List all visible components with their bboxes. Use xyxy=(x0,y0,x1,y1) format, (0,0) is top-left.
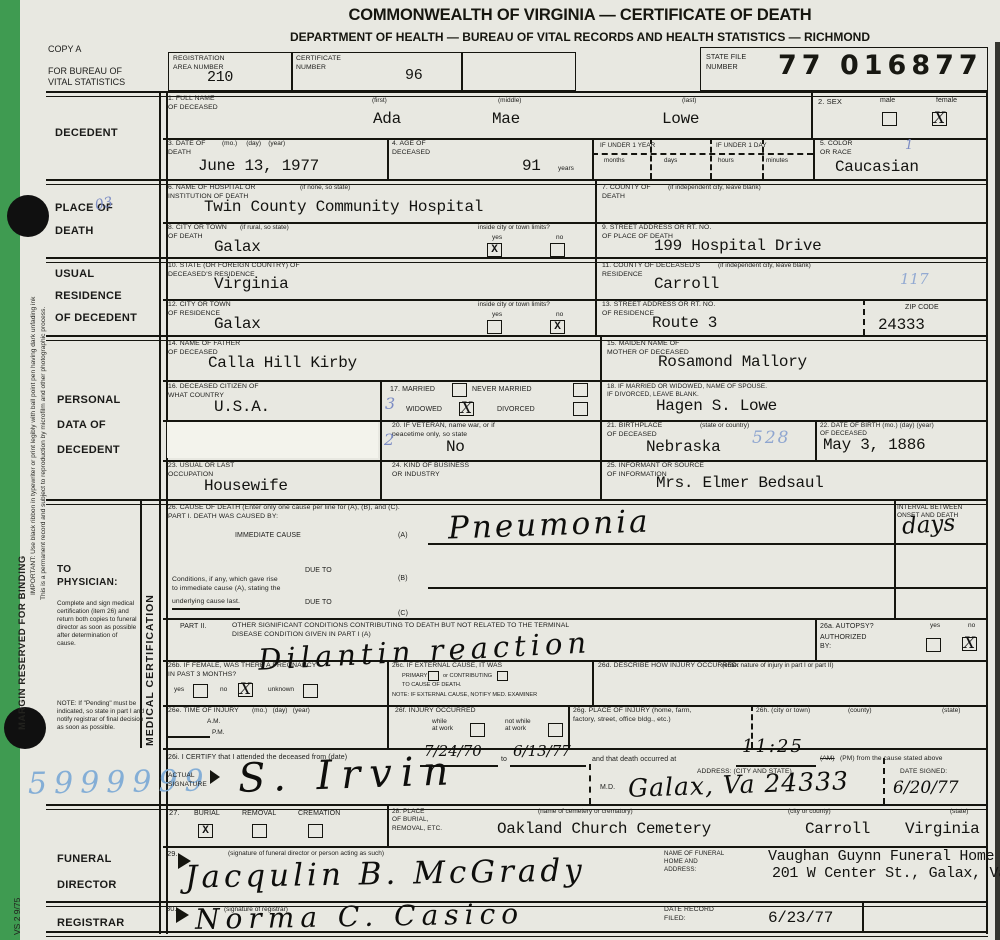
citizen-value: U.S.A. xyxy=(214,398,270,416)
attended-to-date: 6/13/77 xyxy=(513,742,571,760)
female-checkbox: X xyxy=(932,112,947,126)
margin-binding-text: MARGIN RESERVED FOR BINDING xyxy=(17,300,28,730)
line xyxy=(595,181,597,257)
residence-state-value: Virginia xyxy=(214,275,288,293)
funeral-director-signature: Jacqulin B. McGrady xyxy=(185,853,586,896)
scan-edge-shadow xyxy=(995,42,1000,940)
funeral-home-name: Vaughan Guynn Funeral Home xyxy=(768,848,994,865)
autopsy-no-checkbox: X xyxy=(962,637,977,651)
race-code-annotation: 1 xyxy=(905,138,913,153)
section-physician: TO PHYSICIAN: xyxy=(57,563,118,589)
age-label: 4. AGE OF DECEASED xyxy=(392,140,430,158)
first-name-value: Ada xyxy=(373,110,401,128)
residence-county-value: Carroll xyxy=(654,275,719,293)
form-number: VS 2 9/75 xyxy=(12,845,22,935)
never-married-label: NEVER MARRIED xyxy=(472,385,532,394)
burial-state-value: Virginia xyxy=(905,820,979,838)
line xyxy=(595,259,597,335)
death-limits-yes-label: yes xyxy=(492,234,502,241)
business-label: 24. KIND OF BUSINESS OR INDUSTRY xyxy=(392,462,469,480)
middle-hint: (middle) xyxy=(498,97,521,104)
hospital-value: Twin County Community Hospital xyxy=(204,198,483,216)
cemetery-value: Oakland Church Cemetery xyxy=(497,820,711,838)
residence-limits-no-label: no xyxy=(556,311,563,318)
disposition-number: 27. xyxy=(169,808,180,818)
pregnancy-label: 26b. IF FEMALE, WAS THERE A PREGNANCY IN… xyxy=(168,662,316,680)
death-limits-yes-checkbox: X xyxy=(487,243,502,257)
section-registrar: REGISTRAR xyxy=(57,912,124,935)
sex-label: 2. SEX xyxy=(818,97,842,107)
line xyxy=(600,337,602,499)
not-while-at-work-label: not while at work xyxy=(505,718,531,732)
county-of-death-label: 7. COUNTY OF DEATH xyxy=(602,184,651,202)
line xyxy=(815,618,817,660)
female-label: female xyxy=(936,97,957,104)
line xyxy=(592,138,594,179)
death-street-value: 199 Hospital Drive xyxy=(654,237,821,255)
pregnancy-no-label: no xyxy=(220,686,227,693)
certificate-number-value: 96 xyxy=(405,67,422,84)
state-file-value: 77 016877 xyxy=(778,50,983,81)
time-of-injury-label: 26e. TIME OF INJURY xyxy=(168,707,239,716)
contributing-checkbox xyxy=(497,671,508,681)
due-to-1-label: DUE TO xyxy=(305,566,332,575)
race-label: 5. COLOR OR RACE xyxy=(820,140,853,158)
part2-label: PART II. xyxy=(180,622,206,631)
occupation-value: Housewife xyxy=(204,477,288,495)
autopsy-label: 26a. AUTOPSY? xyxy=(820,622,874,631)
line xyxy=(163,748,988,750)
pregnancy-unknown-checkbox xyxy=(303,684,318,698)
date-filed-label: DATE RECORD FILED: xyxy=(664,906,714,924)
widowed-checkbox: X xyxy=(459,402,474,416)
certificate-subtitle: DEPARTMENT OF HEALTH — BUREAU OF VITAL R… xyxy=(170,30,990,44)
while-at-work-checkbox xyxy=(470,723,485,737)
signature-arrow-icon xyxy=(210,770,220,784)
line xyxy=(736,765,816,767)
line xyxy=(815,420,817,460)
under-year-label: IF UNDER 1 YEAR xyxy=(600,142,655,150)
race-value: Caucasian xyxy=(835,158,919,176)
section-funeral-director: FUNERAL DIRECTOR xyxy=(57,846,117,898)
form-left-rule xyxy=(159,91,168,934)
married-checkbox xyxy=(452,383,467,397)
death-limits-no-label: no xyxy=(556,234,563,241)
injury-county-hint: (county) xyxy=(848,707,871,714)
death-certificate-scan: MARGIN RESERVED FOR BINDING IMPORTANT: U… xyxy=(0,0,1000,940)
removal-checkbox xyxy=(252,824,267,838)
residence-limits-question: inside city or town limits? xyxy=(478,301,550,308)
informant-value: Mrs. Elmer Bedsaul xyxy=(656,474,823,492)
mother-value: Rosamond Mallory xyxy=(658,353,807,371)
burial-city-hint: (city or county) xyxy=(788,808,831,815)
city-of-death-hint: (if rural, so state) xyxy=(240,224,289,231)
while-at-work-label: while at work xyxy=(432,718,453,732)
cause-a-line xyxy=(428,543,986,545)
conditions-note: Conditions, if any, which gave rise to i… xyxy=(172,576,281,594)
county-of-death-hint: (if independent city, leave blank) xyxy=(668,184,761,191)
days-label: days xyxy=(664,157,677,164)
line xyxy=(811,93,813,138)
physician-signature: S. Irvin xyxy=(237,748,458,802)
veteran-value: No xyxy=(446,438,465,456)
burial-county-value: Carroll xyxy=(805,820,870,838)
cause-b-line xyxy=(428,587,986,589)
cause-a-value: Pneumonia xyxy=(447,503,651,546)
residence-limits-yes-checkbox xyxy=(487,320,502,334)
line xyxy=(883,758,885,804)
autopsy-yes-checkbox xyxy=(926,638,941,652)
never-married-checkbox xyxy=(573,383,588,397)
certificate-title: COMMONWEALTH OF VIRGINIA — CERTIFICATE O… xyxy=(170,6,990,25)
under-day-label: IF UNDER 1 DAY xyxy=(716,142,767,150)
residence-county-hint: (if independent city, leave blank) xyxy=(718,262,811,269)
burial-checkbox: X xyxy=(198,824,213,838)
rule xyxy=(46,931,988,937)
cause-a-prefix: (A) xyxy=(398,531,408,540)
zip-value: 24333 xyxy=(878,316,925,334)
margin-permanent-text: This is a permanent record and subject t… xyxy=(40,120,47,600)
physician-address-value: Galax, Va 24333 xyxy=(628,766,850,803)
certify-text-2: and that death occurred at xyxy=(592,755,676,764)
funeral-home-label: NAME OF FUNERAL HOME AND ADDRESS: xyxy=(664,850,724,875)
line xyxy=(163,380,988,382)
birthplace-hint: (state or country) xyxy=(700,422,749,429)
burial-state-hint: (state) xyxy=(950,808,968,815)
to-cause-label: TO CAUSE OF DEATH. xyxy=(402,682,461,688)
birthplace-value: Nebraska xyxy=(646,438,720,456)
pm-line xyxy=(168,736,210,738)
blank-box xyxy=(461,52,576,91)
residence-city-value: Galax xyxy=(214,315,261,333)
marital-code-annotation: 3 xyxy=(385,394,395,413)
line xyxy=(710,138,712,179)
birth-date-value: May 3, 1886 xyxy=(823,436,925,454)
age-value: 91 xyxy=(522,157,541,175)
primary-checkbox xyxy=(428,671,439,681)
contributing-label: or CONTRIBUTING xyxy=(443,673,492,679)
certify-text-3: (PM) from the cause stated above xyxy=(840,755,943,764)
line xyxy=(894,501,896,618)
funeral-home-address: 201 W Center St., Galax, Va. xyxy=(772,865,1000,882)
cause-c-prefix: (C) xyxy=(398,609,408,618)
primary-label: PRIMARY xyxy=(402,673,427,679)
line xyxy=(589,764,591,804)
section-residence: USUAL RESIDENCE OF DECEDENT xyxy=(55,263,137,329)
veteran-code-annotation: 2 xyxy=(384,430,394,449)
date-signed-label: DATE SIGNED: xyxy=(900,768,947,777)
line xyxy=(163,460,988,462)
autopsy-no-label: no xyxy=(968,622,975,629)
zip-label: ZIP CODE xyxy=(905,303,939,312)
city-of-death-value: Galax xyxy=(214,238,261,256)
cremation-label: CREMATION xyxy=(298,809,340,818)
external-cause-label: 26c. IF EXTERNAL CAUSE, IT WAS xyxy=(392,662,502,671)
cemetery-hint: (name of cemetery or crematory) xyxy=(538,808,633,815)
external-cause-note: NOTE: IF EXTERNAL CAUSE, NOTIFY MED. EXA… xyxy=(392,692,537,698)
pending-note: NOTE: If "Pending" must be indicated, so… xyxy=(57,700,145,732)
section-personal: PERSONAL DATA OF DECEDENT xyxy=(57,388,121,463)
copy-label: COPY A xyxy=(48,44,81,54)
burial-label: BURIAL xyxy=(194,809,220,818)
county-code-annotation: 117 xyxy=(900,270,929,288)
minutes-label: minutes xyxy=(766,157,788,164)
residence-limits-no-checkbox: X xyxy=(550,320,565,334)
describe-injury-hint: (enter nature of injury in part I or par… xyxy=(722,662,834,669)
registrar-arrow-icon xyxy=(176,907,189,923)
due-to-2-label: DUE TO xyxy=(305,598,332,607)
date-of-death-label: 3. DATE OF DEATH xyxy=(168,140,206,158)
cause-b-prefix: (B) xyxy=(398,574,408,583)
injury-state-hint: (state) xyxy=(942,707,960,714)
describe-injury-label: 26d. DESCRIBE HOW INJURY OCCURRED. xyxy=(598,662,739,671)
residence-street-value: Route 3 xyxy=(652,314,717,332)
line xyxy=(592,153,813,155)
am-strike-label: (AM) xyxy=(820,755,835,764)
pregnancy-yes-label: yes xyxy=(174,686,184,693)
pm-label: P.M. xyxy=(212,729,225,736)
margin-important-text: IMPORTANT: Use black ribbon in typewrite… xyxy=(30,95,37,595)
line xyxy=(592,660,594,705)
certify-to: to xyxy=(501,755,507,764)
full-name-label: 1. FULL NAME OF DECEASED xyxy=(168,95,218,113)
years-label: years xyxy=(558,165,574,172)
date-of-death-hint: (mo.) (day) (year) xyxy=(222,140,285,147)
injury-city-label: 26h. (city or town) xyxy=(756,707,810,716)
certificate-number-label: CERTIFICATE NUMBER xyxy=(296,55,341,73)
spouse-value: Hagen S. Lowe xyxy=(656,397,777,415)
birthplace-code-annotation: 528 xyxy=(752,428,790,448)
male-label: male xyxy=(880,97,895,104)
injury-occurred-label: 26f. INJURY OCCURRED xyxy=(395,707,476,716)
not-while-at-work-checkbox xyxy=(548,723,563,737)
widowed-label: WIDOWED xyxy=(406,405,442,414)
line xyxy=(387,806,389,846)
time-of-injury-hint: (mo.) (day) (year) xyxy=(252,707,310,714)
immediate-cause-label: IMMEDIATE CAUSE xyxy=(235,531,301,540)
registrar-signature: Norma C. Casico xyxy=(195,897,525,936)
months-label: months xyxy=(604,157,625,164)
section-decedent: DECEDENT xyxy=(55,122,118,145)
line xyxy=(380,380,382,499)
funeral-sig-number: 29. xyxy=(167,849,178,859)
hours-label: hours xyxy=(718,157,734,164)
veteran-label: 20. IF VETERAN, name war, or if peacetim… xyxy=(392,422,495,440)
male-checkbox xyxy=(882,112,897,126)
state-file-label: STATE FILE NUMBER xyxy=(706,52,746,71)
line xyxy=(163,138,988,140)
place-of-injury-label: 26g. PLACE OF INJURY (home, farm, factor… xyxy=(573,707,692,725)
conditions-underline: underlying cause last. xyxy=(172,598,240,610)
am-label: A.M. xyxy=(207,718,220,725)
autopsy-yes-label: yes xyxy=(930,622,940,629)
place-of-burial-label: 28. PLACE OF BURIAL, REMOVAL, ETC. xyxy=(392,808,442,833)
line xyxy=(387,705,389,748)
physician-note: Complete and sign medical certification … xyxy=(57,600,137,648)
bureau-label: FOR BUREAU OF VITAL STATISTICS xyxy=(48,66,125,88)
registration-area-value: 210 xyxy=(207,69,233,86)
interval-value: days xyxy=(901,510,956,540)
first-hint: (first) xyxy=(372,97,387,104)
rule xyxy=(46,804,988,810)
removal-label: REMOVAL xyxy=(242,809,276,818)
death-limits-question: inside city or town limits? xyxy=(478,224,550,231)
line xyxy=(813,138,815,179)
father-value: Calla Hill Kirby xyxy=(208,354,357,372)
married-label: 17. MARRIED xyxy=(390,385,435,394)
redacted-box xyxy=(167,422,378,458)
pregnancy-unknown-label: unknown xyxy=(268,686,294,693)
date-filed-value: 6/23/77 xyxy=(768,909,833,927)
line xyxy=(163,618,988,620)
divorced-label: DIVORCED xyxy=(497,405,535,414)
form-right-rule xyxy=(986,91,988,934)
cremation-checkbox xyxy=(308,824,323,838)
last-hint: (last) xyxy=(682,97,696,104)
md-label: M.D. xyxy=(600,783,615,792)
authorized-label: AUTHORIZED BY: xyxy=(820,633,867,651)
actual-signature-label: ACTUAL SIGNATURE xyxy=(168,772,207,789)
pregnancy-yes-checkbox xyxy=(193,684,208,698)
date-of-death-value: June 13, 1977 xyxy=(198,157,319,175)
residence-limits-yes-label: yes xyxy=(492,311,502,318)
section-medical-certification: MEDICAL CERTIFICATION xyxy=(144,508,156,746)
date-signed-value: 6/20/77 xyxy=(893,778,959,798)
hospital-hint: (if none, so state) xyxy=(300,184,350,191)
line xyxy=(510,765,586,767)
middle-name-value: Mae xyxy=(492,110,520,128)
divorced-checkbox xyxy=(573,402,588,416)
line xyxy=(863,299,865,335)
line xyxy=(387,138,389,179)
death-limits-no-checkbox xyxy=(550,243,565,257)
line xyxy=(862,903,864,931)
last-name-value: Lowe xyxy=(662,110,699,128)
death-time-value: 11:25 xyxy=(742,736,804,757)
pregnancy-no-checkbox: X xyxy=(238,683,253,697)
